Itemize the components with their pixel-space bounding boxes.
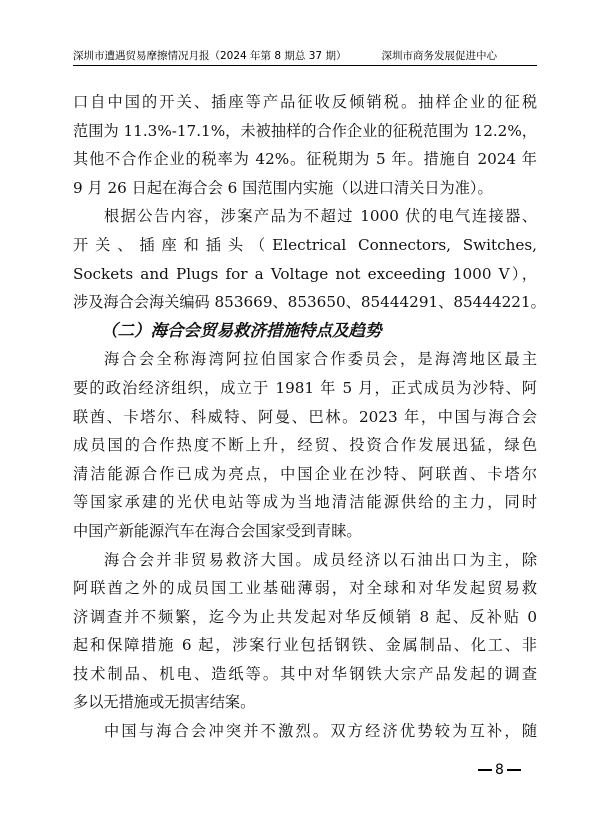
text-line: 清洁能源合作已成为亮点，中国企业在沙特、阿联酋、卡塔尔: [73, 460, 537, 489]
text-line: 范围为 11.3%-17.1%，未被抽样的合作企业的征税范围为 12.2%，: [73, 117, 537, 146]
text-line: 根据公告内容，涉案产品为不超过 1000 伏的电气连接器、: [73, 202, 537, 231]
section-heading: （二）海合会贸易救济措施特点及趋势: [73, 317, 537, 346]
text-line: 成员国的合作热度不断上升，经贸、投资合作发展迅猛，绿色: [73, 431, 537, 460]
text-line: Sockets and Plugs for a Voltage not exce…: [73, 260, 537, 289]
text-line: 要的政治经济组织，成立于 1981 年 5 月，正式成员为沙特、阿: [73, 374, 537, 403]
dash-decoration: [478, 769, 492, 771]
text-line: 联酋、卡塔尔、科威特、阿曼、巴林。2023 年，中国与海合会: [73, 403, 537, 432]
document-page: 深圳市遭遇贸易摩擦情况月报（2024 年第 8 期总 37 期） 深圳市商务发展…: [0, 0, 596, 837]
text-line: 海合会全称海湾阿拉伯国家合作委员会，是海湾地区最主: [73, 345, 537, 374]
dash-decoration: [507, 769, 521, 771]
text-line: 涉及海合会海关编码 853669、853650、85444291、8544422…: [73, 288, 537, 317]
text-line: 济调查并不频繁，迄今为止共发起对华反倾销 8 起、反补贴 0: [73, 603, 537, 632]
text-line: 海合会并非贸易救济大国。成员经济以石油出口为主，除: [73, 546, 537, 575]
text-line: 技术制品、机电、造纸等。其中对华钢铁大宗产品发起的调查: [73, 660, 537, 689]
text-line: 9 月 26 日起在海合会 6 国范围内实施（以进口清关日为准）。: [73, 174, 537, 203]
body-text: 口自中国的开关、插座等产品征收反倾销税。抽样企业的征税 范围为 11.3%-17…: [73, 88, 537, 746]
running-header: 深圳市遭遇贸易摩擦情况月报（2024 年第 8 期总 37 期） 深圳市商务发展…: [73, 48, 537, 66]
text-line: 中国产新能源汽车在海合会国家受到青睐。: [73, 517, 537, 546]
page-number: 8: [478, 762, 521, 778]
text-line: 多以无措施或无损害结案。: [73, 688, 537, 717]
text-line: 中国与海合会冲突并不激烈。双方经济优势较为互补，随: [73, 717, 537, 746]
page-number-value: 8: [495, 762, 504, 778]
text-line: 口自中国的开关、插座等产品征收反倾销税。抽样企业的征税: [73, 88, 537, 117]
text-line: 开关、插座和插头（Electrical Connectors, Switches…: [73, 231, 537, 260]
text-line: 其他不合作企业的税率为 42%。征税期为 5 年。措施自 2024 年: [73, 145, 537, 174]
text-line: 起和保障措施 6 起，涉案行业包括钢铁、金属制品、化工、非: [73, 631, 537, 660]
organization-name: 深圳市商务发展促进中心: [382, 48, 498, 63]
text-line: 阿联酋之外的成员国工业基础薄弱，对全球和对华发起贸易救: [73, 574, 537, 603]
text-line: 等国家承建的光伏电站等成为当地清洁能源供给的主力，同时: [73, 488, 537, 517]
report-title: 深圳市遭遇贸易摩擦情况月报（2024 年第 8 期总 37 期）: [73, 48, 346, 63]
